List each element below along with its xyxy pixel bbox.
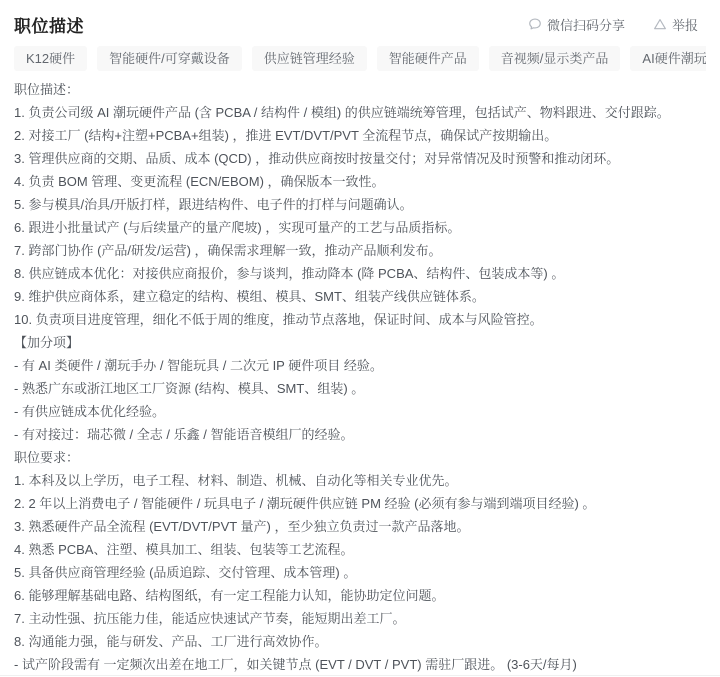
header-actions: 微信扫码分享 举报 [528,15,706,34]
description-line: 8. 供应链成本优化：对接供应商报价，参与谈判，推动降本 (降 PCBA、结构件… [14,262,706,285]
description-line: 3. 管理供应商的交期、品质、成本 (QCD) ，推动供应商按时按量交付；对异常… [14,147,706,170]
description-line: 职位描述： [14,78,706,101]
report-button[interactable]: 举报 [653,15,698,34]
header: 职位描述 微信扫码分享 举报 [14,12,706,36]
job-tag: 供应链管理经验 [252,46,367,71]
job-tag: 智能硬件产品 [377,46,479,71]
description-line: 5. 具备供应商管理经验 (品质追踪、交付管理、成本管理) 。 [14,561,706,584]
job-description-text: 职位描述：1. 负责公司级 AI 潮玩硬件产品 (含 PCBA / 结构件 / … [14,78,706,676]
job-description-panel: 职位描述 微信扫码分享 举报 K12硬件智能硬件/可穿戴设备供应链管 [0,0,720,677]
description-line: 3. 熟悉硬件产品全流程 (EVT/DVT/PVT 量产) ，至少独立负责过一款… [14,515,706,538]
description-line: 7. 主动性强、抗压能力佳，能适应快速试产节奏，能短期出差工厂。 [14,607,706,630]
description-line: 【加分项】 [14,331,706,354]
description-line: 8. 沟通能力强，能与研发、产品、工厂进行高效协作。 [14,630,706,653]
warning-triangle-icon [653,17,667,31]
description-line: 2. 对接工厂 (结构+注塑+PCBA+组装) ，推进 EVT/DVT/PVT … [14,124,706,147]
chat-bubble-icon [528,17,542,31]
job-tag: K12硬件 [14,46,87,71]
description-line: - 熟悉广东或浙江地区工厂资源 (结构、模具、SMT、组装) 。 [14,377,706,400]
description-line: 4. 负责 BOM 管理、变更流程 (ECN/EBOM) ，确保版本一致性。 [14,170,706,193]
description-line: - 有对接过：瑞芯微 / 全志 / 乐鑫 / 智能语音模组厂的经验。 [14,423,706,446]
description-line: 1. 本科及以上学历，电子工程、材料、制造、机械、自动化等相关专业优先。 [14,469,706,492]
description-line: - 有供应链成本优化经验。 [14,400,706,423]
description-line: - 有 AI 类硬件 / 潮玩手办 / 智能玩具 / 二次元 IP 硬件项目 经… [14,354,706,377]
description-line: 职位要求： [14,446,706,469]
description-line: 7. 跨部门协作 (产品/研发/运营) ，确保需求理解一致，推动产品顺利发布。 [14,239,706,262]
description-line: - 试产阶段需有 一定频次出差在地工厂，如关键节点 (EVT / DVT / P… [14,653,706,676]
wechat-share-label: 微信扫码分享 [547,15,625,34]
job-tag: 音视频/显示类产品 [489,46,621,71]
description-line: 1. 负责公司级 AI 潮玩硬件产品 (含 PCBA / 结构件 / 模组) 的… [14,101,706,124]
wechat-share-button[interactable]: 微信扫码分享 [528,15,625,34]
report-label: 举报 [672,15,698,34]
job-tag-list: K12硬件智能硬件/可穿戴设备供应链管理经验智能硬件产品音视频/显示类产品AI硬… [14,46,706,72]
job-tag: 智能硬件/可穿戴设备 [97,46,242,71]
page-title: 职位描述 [14,12,84,37]
description-line: 10. 负责项目进度管理，细化不低于周的维度，推动节点落地，保证时间、成本与风险… [14,308,706,331]
description-line: 9. 维护供应商体系，建立稳定的结构、模组、模具、SMT、组装产线供应链体系。 [14,285,706,308]
description-line: 4. 熟悉 PCBA、注塑、模具加工、组装、包装等工艺流程。 [14,538,706,561]
job-tag: AI硬件潮玩 [630,46,706,71]
bottom-divider [0,675,720,676]
description-line: 6. 能够理解基础电路、结构图纸，有一定工程能力认知，能协助定位问题。 [14,584,706,607]
description-line: 2. 2 年以上消费电子 / 智能硬件 / 玩具电子 / 潮玩硬件供应链 PM … [14,492,706,515]
description-line: 5. 参与模具/治具/开版打样，跟进结构件、电子件的打样与问题确认。 [14,193,706,216]
description-line: 6. 跟进小批量试产 (与后续量产的量产爬坡) ，实现可量产的工艺与品质指标。 [14,216,706,239]
